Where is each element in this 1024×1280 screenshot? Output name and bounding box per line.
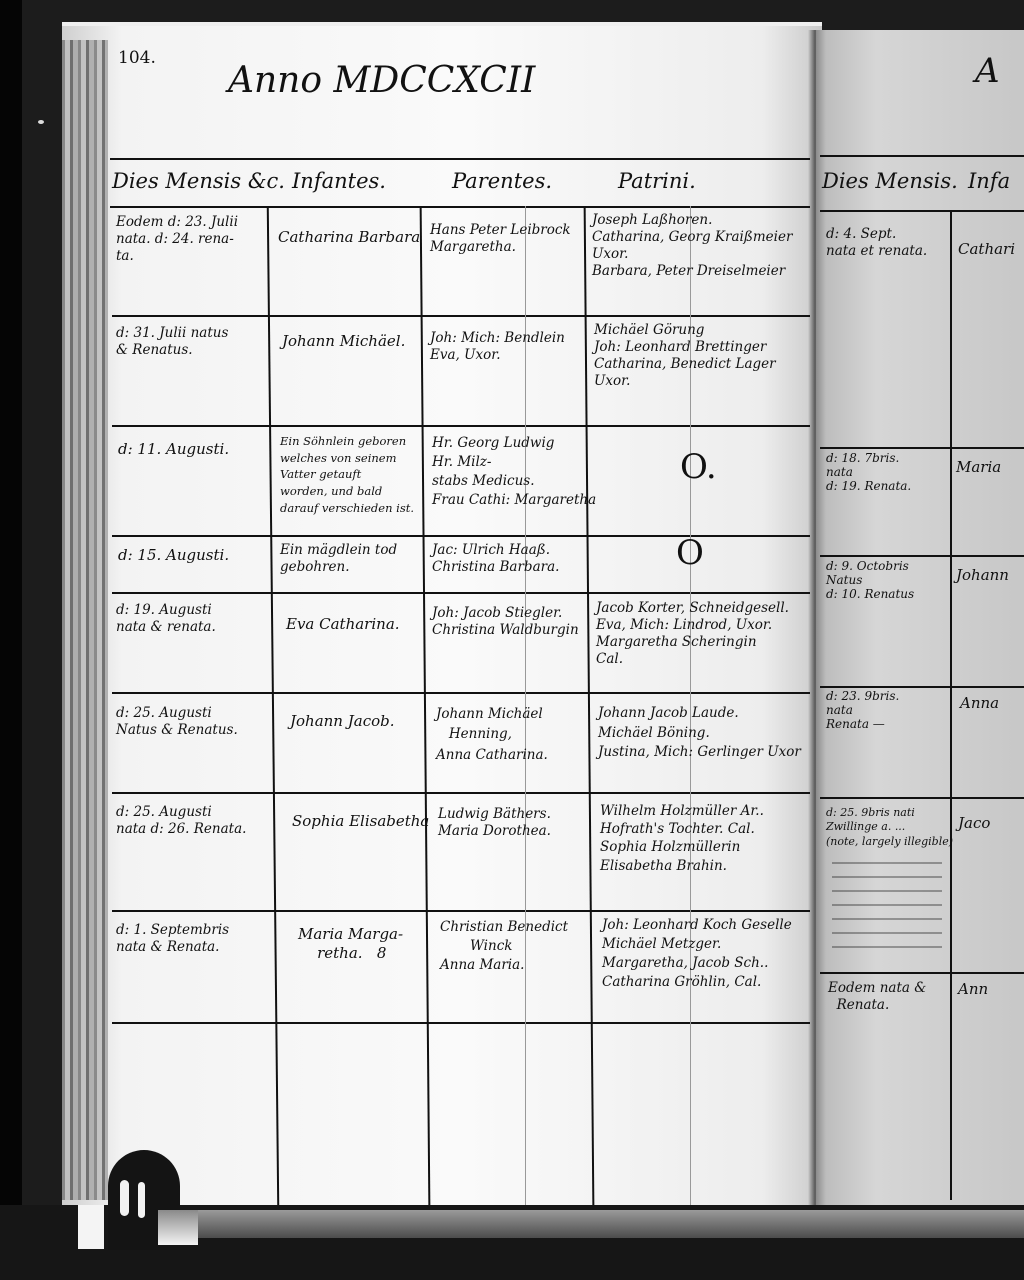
entry-date: d: 11. Augusti. [118,440,229,459]
entry-parents: Jac: Ulrich Haaß.Christina Barbara. [432,542,559,576]
column-header-date: Dies Mensis &c. [112,168,285,194]
right-entry-date: d: 25. 9bris natiZwillinge a. ...(note, … [826,806,953,849]
right-entry-date: d: 23. 9bris.nataRenata — [826,690,899,731]
right-page [816,30,1024,1210]
row-rule [112,1022,810,1024]
paper-tab [158,1210,198,1245]
right-row-rule [820,447,1024,449]
entry-date: d: 31. Julii natus& Renatus. [116,325,228,359]
right-year-heading: A [975,50,1000,93]
entry-sponsors: Jacob Korter, Schneidgesell.Eva, Mich: L… [596,600,789,668]
right-column-rule [950,210,952,1200]
year-heading: Anno MDCCXCII [228,58,535,103]
entry-infant: Johann Michäel. [282,332,405,351]
header-bottom-rule [110,206,810,208]
column-header-infants: Infantes. [292,168,386,194]
right-entry-infant: Jaco [958,814,990,833]
right-row-rule [820,972,1024,974]
row-rule [112,315,810,317]
thumb-highlight [120,1180,129,1216]
entry-infant: Sophia Elisabetha [292,812,429,831]
thumb-highlight [138,1182,145,1218]
entry-infant: Ein Söhnlein geborenwelches von seinemVa… [280,433,414,516]
entry-date: d: 1. Septembrisnata & Renata. [116,922,229,956]
right-entry-date: d: 9. OctobrisNatusd: 10. Renatus [826,560,914,601]
page-number: 104. [118,48,156,69]
entry-parents: Hans Peter LeibrockMargaretha. [430,222,571,256]
entry-parents: Hr. Georg LudwigHr. Milz-stabs Medicus.F… [432,434,596,510]
paper-tab [78,1205,104,1249]
page-edge-strip [160,1210,1024,1238]
column-header-parents: Parentes. [452,168,552,194]
column-header-sponsors: Patrini. [618,168,696,194]
entry-sponsors: Johann Jacob Laude.Michäel Böning.Justin… [598,704,801,763]
entry-infant: Johann Jacob. [290,712,395,731]
entry-sponsors: O. [680,446,717,489]
entry-parents: Ludwig Bäthers.Maria Dorothea. [438,806,551,840]
entry-infant: Ein mägdlein todgebohren. [280,542,397,576]
entry-parents: Johann Michäel Henning,Anna Catharina. [436,704,548,765]
film-frame-edge [0,0,22,1280]
right-entry-infant: Cathari [958,240,1015,259]
entry-sponsors: Joh: Leonhard Koch GeselleMichäel Metzge… [602,916,792,992]
entry-parents: Joh: Jacob Stiegler.Christina Waldburgin [432,605,579,639]
entry-infant: Maria Marga- retha. 8 [298,925,403,963]
entry-parents: Joh: Mich: BendleinEva, Uxor. [430,330,565,364]
entry-parents: Christian Benedict WinckAnna Maria. [440,918,568,975]
right-entry-date: d: 18. 7bris.natad: 19. Renata. [826,452,911,493]
row-rule [112,910,810,912]
row-rule [112,535,810,537]
right-entry-date: Eodem nata & Renata. [828,980,926,1014]
entry-date: Eodem d: 23. Juliinata. d: 24. rena-ta. [116,214,238,265]
entry-date: d: 19. Augustinata & renata. [116,602,216,636]
right-header-top-rule [820,155,1024,157]
right-row-rule [820,686,1024,688]
entry-date: d: 25. Augustinata d: 26. Renata. [116,804,246,838]
illegible-note [832,850,942,960]
right-entry-date: d: 4. Sept.nata et renata. [826,226,927,260]
right-entry-infant: Johann [956,566,1009,585]
dust-speck [38,120,44,124]
right-column-header-date: Dies Mensis. [822,168,958,194]
right-entry-infant: Maria [956,458,1001,477]
entry-sponsors: Michäel GörungJoh: Leonhard BrettingerCa… [594,322,776,390]
row-rule [112,425,810,427]
entry-sponsors: O [676,532,704,575]
entry-infant: Catharina Barbara [278,228,420,247]
right-row-rule [820,555,1024,557]
page-gutter [62,40,108,1200]
entry-sponsors: Wilhelm Holzmüller Ar..Hofrath's Tochter… [600,802,764,875]
entry-date: d: 25. AugustiNatus & Renatus. [116,705,238,739]
right-column-header-infants: Infa [968,168,1010,194]
right-entry-infant: Ann [958,980,988,999]
entry-infant: Eva Catharina. [286,615,400,634]
row-rule [112,692,810,694]
entry-date: d: 15. Augusti. [118,546,229,565]
entry-sponsors: Joseph Laßhoren.Catharina, Georg Kraißme… [592,212,792,280]
header-top-rule [110,158,810,160]
right-header-bottom-rule [820,210,1024,212]
right-entry-infant: Anna [960,694,999,713]
row-rule [112,792,810,794]
row-rule [112,592,810,594]
right-row-rule [820,797,1024,799]
